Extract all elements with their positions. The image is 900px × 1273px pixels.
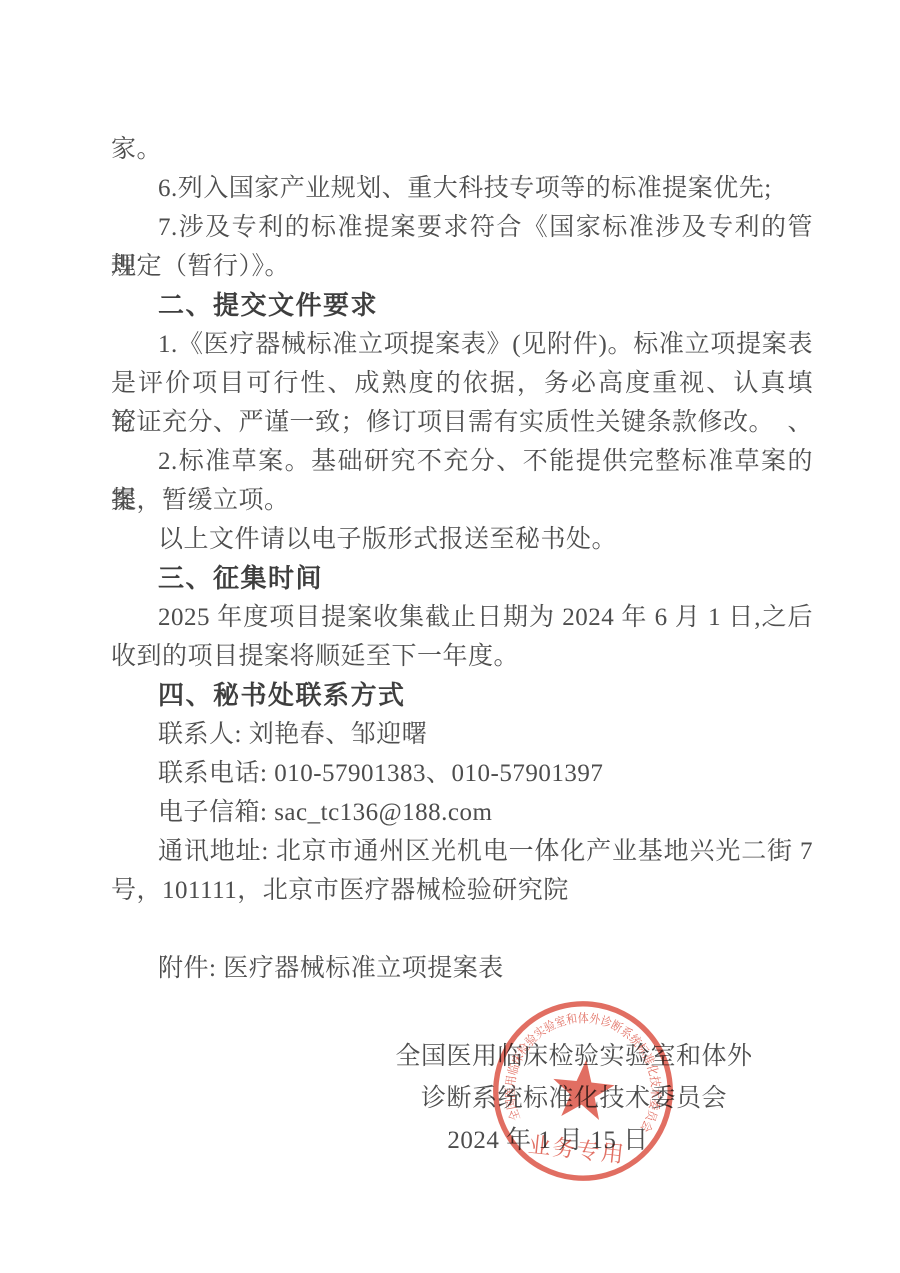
- contact-address-line: 通讯地址: 北京市通州区光机电一体化产业基地兴光二街 7: [111, 832, 813, 871]
- body-line: 论证充分、严谨一致；修订项目需有实质性关键条款修改。: [111, 403, 813, 442]
- signature-org-line1: 全国医用临床检验实验室和体外: [329, 1036, 819, 1078]
- contact-person-line: 联系人: 刘艳春、邹迎曙: [111, 715, 813, 754]
- body-line: 规定（暂行）》。: [111, 247, 813, 286]
- document-body: 家。 6.列入国家产业规划、重大科技专项等的标准提案优先; 7.涉及专利的标准提…: [111, 130, 813, 988]
- body-line: 收到的项目提案将顺延至下一年度。: [111, 637, 813, 676]
- body-line: 是评价项目可行性、成熟度的依据，务必高度重视、认真填写、: [111, 364, 813, 403]
- body-line: 以上文件请以电子版形式报送至秘书处。: [111, 520, 813, 559]
- blank-line: [111, 910, 813, 949]
- body-line: 案，暂缓立项。: [111, 481, 813, 520]
- section-heading: 三、征集时间: [111, 559, 813, 598]
- contact-phone-line: 联系电话: 010-57901383、010-57901397: [111, 754, 813, 793]
- signature-date: 2024 年 1 月 15 日: [303, 1120, 793, 1162]
- body-line: 1.《医疗器械标准立项提案表》(见附件)。标准立项提案表: [111, 325, 813, 364]
- section-heading: 四、秘书处联系方式: [111, 676, 813, 715]
- body-line: 家。: [111, 130, 813, 169]
- signature-org-line2: 诊断系统标准化技术委员会: [329, 1078, 819, 1120]
- body-line: 2025 年度项目提案收集截止日期为 2024 年 6 月 1 日,之后: [111, 598, 813, 637]
- section-heading: 二、提交文件要求: [111, 286, 813, 325]
- contact-address-line: 号，101111，北京市医疗器械检验研究院: [111, 871, 813, 910]
- contact-email-line: 电子信箱: sac_tc136@188.com: [111, 793, 813, 832]
- body-line: 7.涉及专利的标准提案要求符合《国家标准涉及专利的管理: [111, 208, 813, 247]
- body-line: 6.列入国家产业规划、重大科技专项等的标准提案优先;: [111, 169, 813, 208]
- attachment-line: 附件: 医疗器械标准立项提案表: [111, 949, 813, 988]
- signature-block: 全国医用临床检验实验室和体外 诊断系统标准化技术委员会 2024 年 1 月 1…: [329, 1036, 819, 1162]
- document-page: 家。 6.列入国家产业规划、重大科技专项等的标准提案优先; 7.涉及专利的标准提…: [0, 0, 900, 1273]
- body-line: 2.标准草案。基础研究不充分、不能提供完整标准草案的提: [111, 442, 813, 481]
